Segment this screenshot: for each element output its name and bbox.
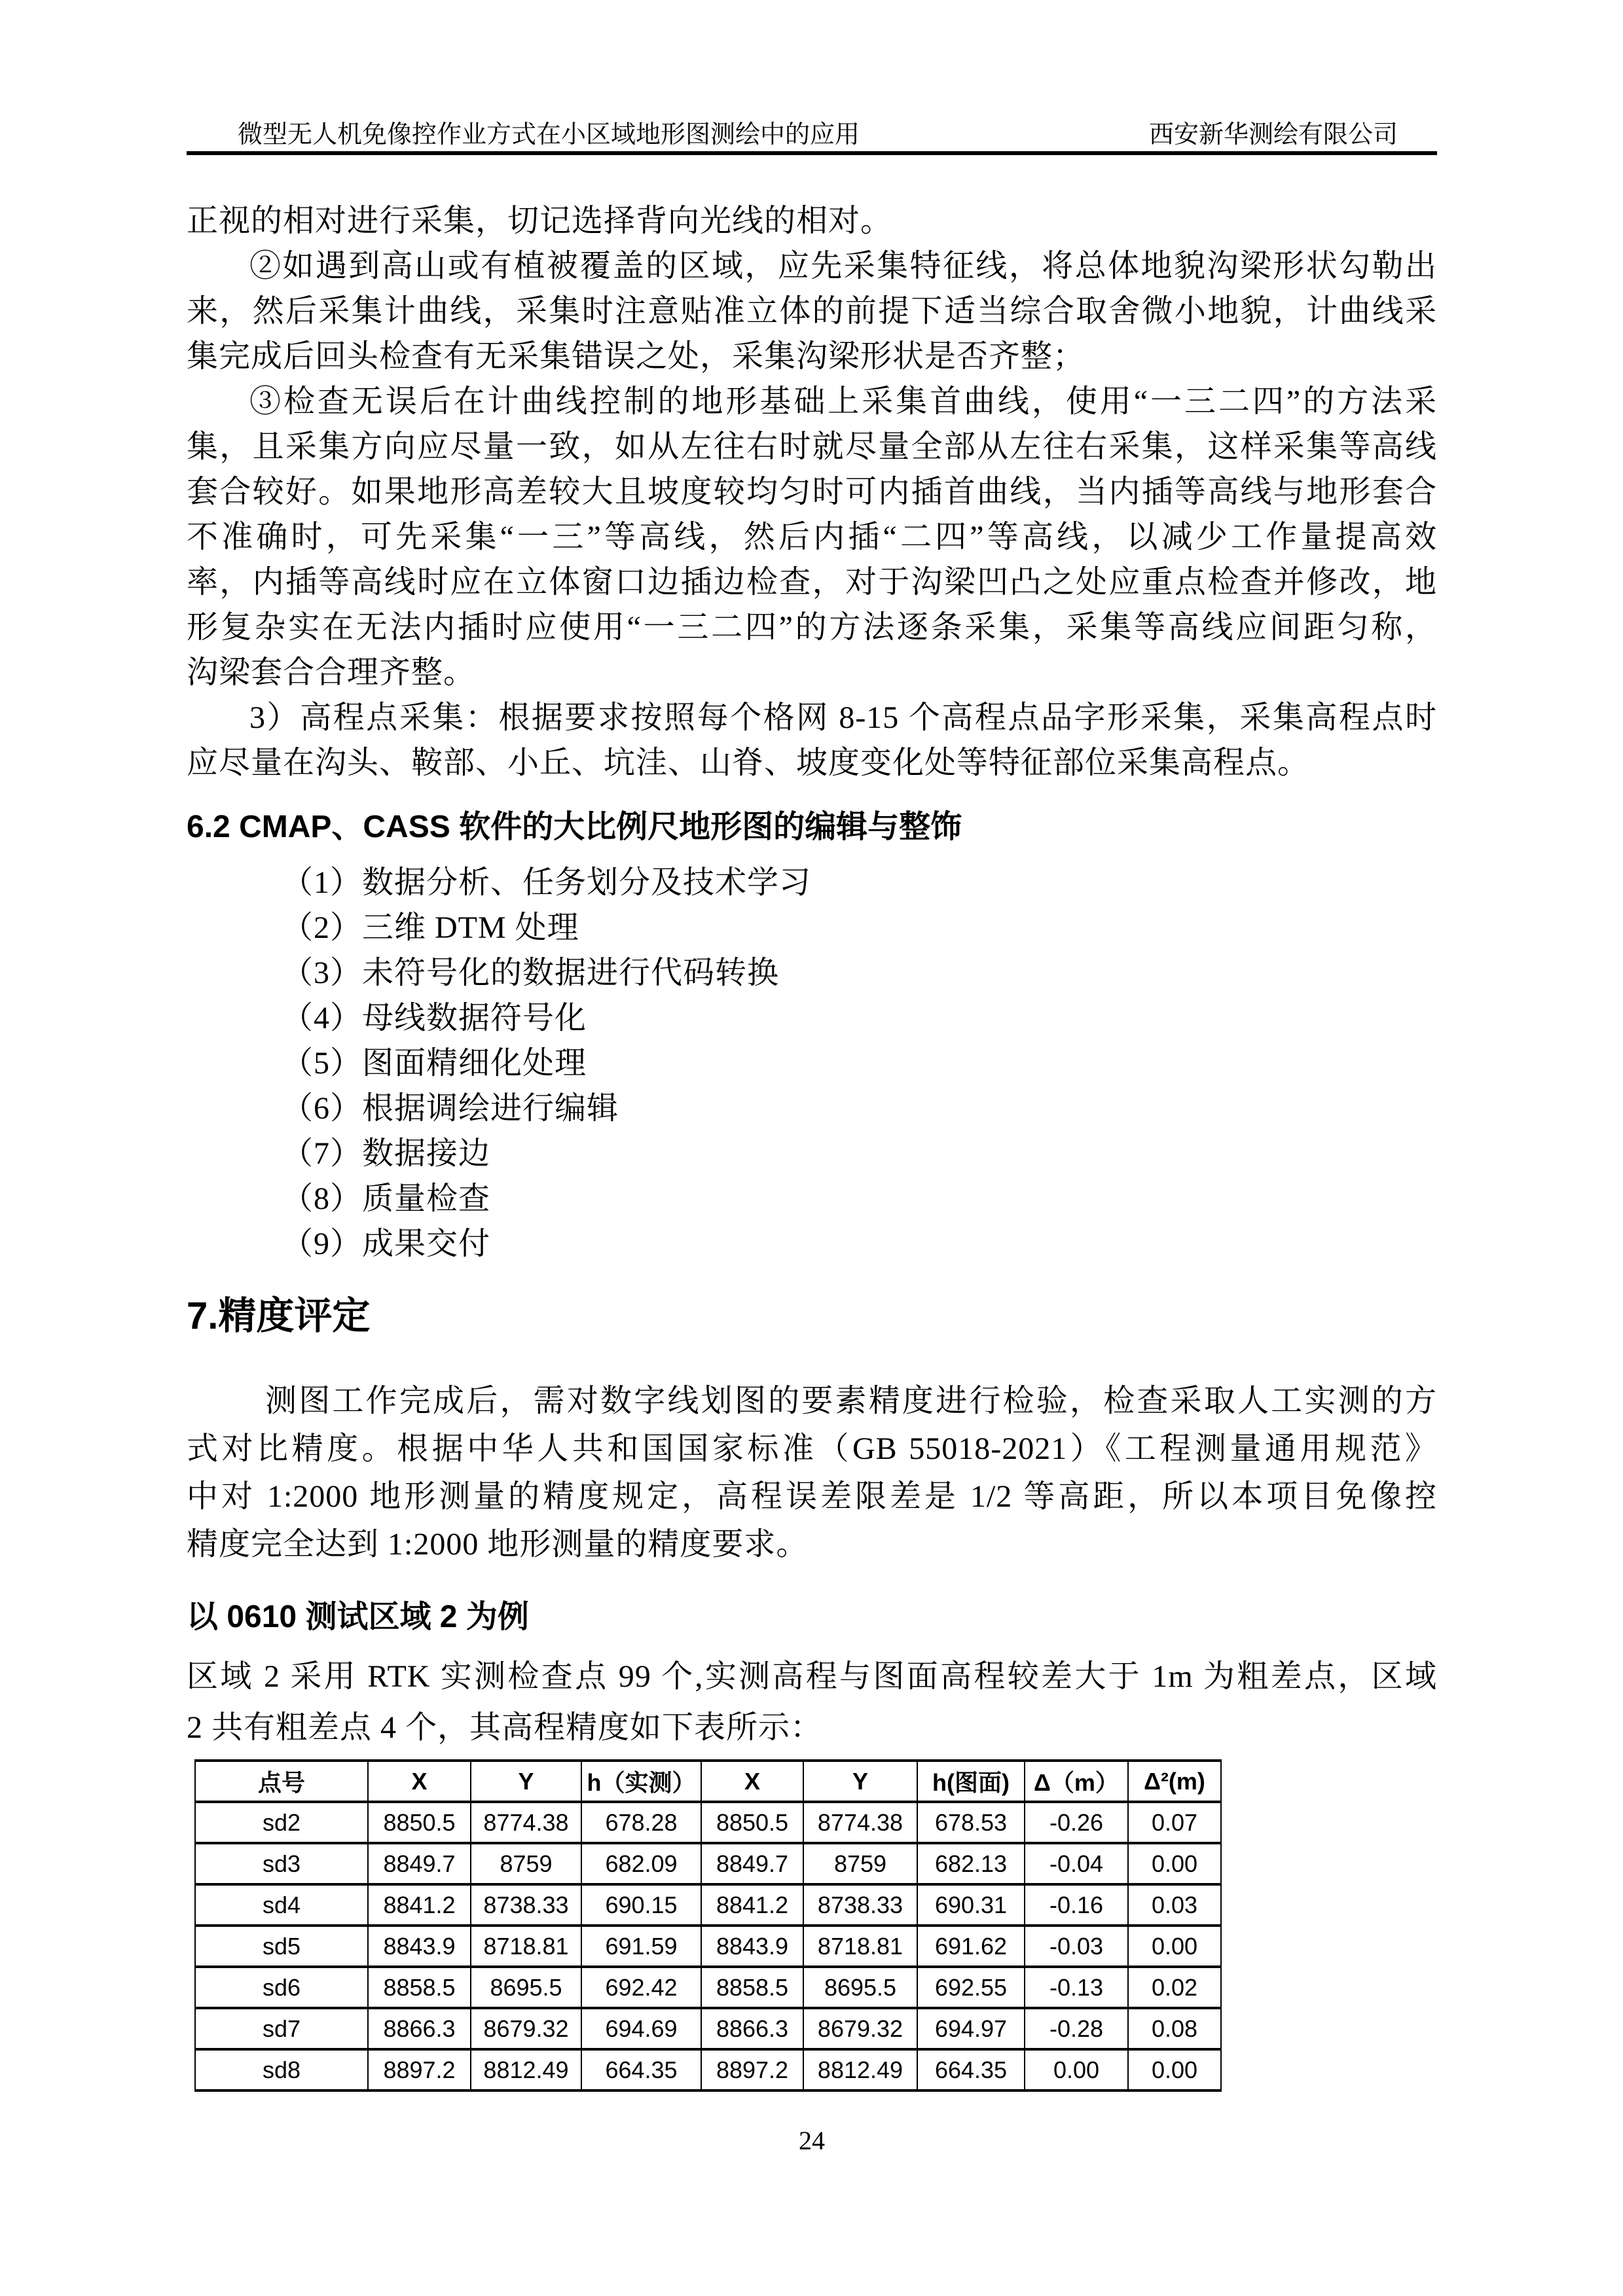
cell: 678.53 — [917, 1802, 1025, 1843]
table-row: sd58843.98718.81691.598843.98718.81691.6… — [195, 1926, 1221, 1967]
cell: 664.35 — [581, 2049, 701, 2090]
cell: sd7 — [195, 2008, 368, 2049]
workflow-step-list: （1）数据分析、任务划分及技术学习 （2）三维 DTM 处理 （3）未符号化的数… — [187, 860, 1437, 1266]
cell: 690.31 — [917, 1884, 1025, 1926]
text-line: ③检查无误后在计曲线控制的地形基础上采集首曲线，使用“一三二四”的方法采 — [187, 379, 1437, 424]
cell: sd8 — [195, 2049, 368, 2090]
text-line: 沟梁套合合理齐整。 — [187, 650, 1437, 695]
cell: 8858.5 — [368, 1967, 471, 2008]
table-row: sd68858.58695.5692.428858.58695.5692.55-… — [195, 1967, 1221, 2008]
section-heading-6-2: 6.2 CMAP、CASS 软件的大比例尺地形图的编辑与整饰 — [187, 808, 1437, 847]
table-row: sd28850.58774.38678.288850.58774.38678.5… — [195, 1802, 1221, 1843]
text-line: 测图工作完成后，需对数字线划图的要素精度进行检验，检查采取人工实测的方 — [187, 1377, 1437, 1425]
text-line: 应尽量在沟头、鞍部、小丘、坑洼、山脊、坡度变化处等特征部位采集高程点。 — [187, 740, 1437, 785]
text-line: 集，且采集方向应尽量一致，如从左往右时就尽量全部从左往右采集，这样采集等高线 — [187, 424, 1437, 469]
text-line: 中对 1:2000 地形测量的精度规定，高程误差限差是 1/2 等高距，所以本项… — [187, 1473, 1437, 1520]
cell: 8679.32 — [803, 2008, 917, 2049]
header-document-title: 微型无人机免像控作业方式在小区域地形图测绘中的应用 — [238, 121, 860, 149]
cell: 8812.49 — [471, 2049, 581, 2090]
cell: 8858.5 — [701, 1967, 803, 2008]
cell: -0.13 — [1025, 1967, 1128, 2008]
list-item: （2）三维 DTM 处理 — [187, 905, 1437, 950]
cell: 8695.5 — [803, 1967, 917, 2008]
cell: 694.97 — [917, 2008, 1025, 2049]
list-item: （8）质量检查 — [187, 1176, 1437, 1221]
cell: -0.26 — [1025, 1802, 1128, 1843]
cell: 8738.33 — [803, 1884, 917, 1926]
cell: 8866.3 — [701, 2008, 803, 2049]
cell: 8718.81 — [471, 1926, 581, 1967]
section-heading-7: 7.精度评定 — [187, 1293, 1437, 1339]
cell: 8738.33 — [471, 1884, 581, 1926]
col-header-y-map: Y — [803, 1761, 917, 1802]
cell: -0.04 — [1025, 1843, 1128, 1884]
col-header-x-measured: X — [368, 1761, 471, 1802]
cell: 8850.5 — [701, 1802, 803, 1843]
cell: 8849.7 — [368, 1843, 471, 1884]
list-item: （3）未符号化的数据进行代码转换 — [187, 950, 1437, 996]
cell: 8718.81 — [803, 1926, 917, 1967]
cell: 0.03 — [1128, 1884, 1221, 1926]
paragraph-region2-check: 区域 2 采用 RTK 实测检查点 99 个,实测高程与图面高程较差大于 1m … — [187, 1651, 1437, 1753]
list-item: （7）数据接边 — [187, 1131, 1437, 1176]
cell: 682.09 — [581, 1843, 701, 1884]
page-number: 24 — [187, 2126, 1437, 2156]
text-line: 3）高程点采集：根据要求按照每个格网 8-15 个高程点品字形采集，采集高程点时 — [187, 695, 1437, 740]
cell: 0.08 — [1128, 2008, 1221, 2049]
text-line: 精度完全达到 1:2000 地形测量的精度要求。 — [187, 1520, 1437, 1568]
cell: 8759 — [803, 1843, 917, 1884]
cell: 0.00 — [1128, 1926, 1221, 1967]
paragraph-contour-collection: 正视的相对进行采集，切记选择背向光线的相对。 ②如遇到高山或有植被覆盖的区域，应… — [187, 198, 1437, 785]
cell: 8866.3 — [368, 2008, 471, 2049]
cell: 691.62 — [917, 1926, 1025, 1967]
col-header-point-id: 点号 — [195, 1761, 368, 1802]
cell: 8679.32 — [471, 2008, 581, 2049]
subsection-heading-0610: 以 0610 测试区域 2 为例 — [187, 1598, 1437, 1637]
text-line: 来，然后采集计曲线，采集时注意贴准立体的前提下适当综合取舍微小地貌，计曲线采 — [187, 289, 1437, 334]
text-line: 2 共有粗差点 4 个，其高程精度如下表所示： — [187, 1702, 1437, 1753]
cell: sd2 — [195, 1802, 368, 1843]
page-header: 微型无人机免像控作业方式在小区域地形图测绘中的应用 西安新华测绘有限公司 — [187, 121, 1437, 155]
cell: -0.03 — [1025, 1926, 1128, 1967]
cell: 8841.2 — [368, 1884, 471, 1926]
paragraph-accuracy-assessment: 测图工作完成后，需对数字线划图的要素精度进行检验，检查采取人工实测的方 式对比精… — [187, 1377, 1437, 1568]
cell: 694.69 — [581, 2008, 701, 2049]
cell: 0.02 — [1128, 1967, 1221, 2008]
col-header-delta-squared: Δ²(m) — [1128, 1761, 1221, 1802]
list-item: （4）母线数据符号化 — [187, 996, 1437, 1041]
text-line: 套合较好。如果地形高差较大且坡度较均匀时可内插首曲线，当内插等高线与地形套合 — [187, 469, 1437, 514]
cell: 8843.9 — [701, 1926, 803, 1967]
cell: 8897.2 — [368, 2049, 471, 2090]
cell: -0.16 — [1025, 1884, 1128, 1926]
cell: 8849.7 — [701, 1843, 803, 1884]
cell: 8759 — [471, 1843, 581, 1884]
cell: sd3 — [195, 1843, 368, 1884]
col-header-x-map: X — [701, 1761, 803, 1802]
cell: 8774.38 — [803, 1802, 917, 1843]
table-row: sd78866.38679.32694.698866.38679.32694.9… — [195, 2008, 1221, 2049]
cell: 0.00 — [1128, 2049, 1221, 2090]
cell: 664.35 — [917, 2049, 1025, 2090]
cell: 678.28 — [581, 1802, 701, 1843]
cell: sd6 — [195, 1967, 368, 2008]
text-line: 不准确时，可先采集“一三”等高线，然后内插“二四”等高线，以减少工作量提高效 — [187, 514, 1437, 560]
list-item: （6）根据调绘进行编辑 — [187, 1086, 1437, 1131]
cell: -0.28 — [1025, 2008, 1128, 2049]
text-line: 集完成后回头检查有无采集错误之处，采集沟梁形状是否齐整； — [187, 334, 1437, 379]
cell: 692.42 — [581, 1967, 701, 2008]
text-line: 形复杂实在无法内插时应使用“一三二四”的方法逐条采集，采集等高线应间距匀称， — [187, 605, 1437, 650]
cell: 690.15 — [581, 1884, 701, 1926]
cell: sd4 — [195, 1884, 368, 1926]
cell: 691.59 — [581, 1926, 701, 1967]
cell: 0.07 — [1128, 1802, 1221, 1843]
table-header-row: 点号 X Y h（实测） X Y h(图面) Δ（m） Δ²(m) — [195, 1761, 1221, 1802]
document-page: 微型无人机免像控作业方式在小区域地形图测绘中的应用 西安新华测绘有限公司 正视的… — [0, 0, 1623, 2296]
text-line: ②如遇到高山或有植被覆盖的区域，应先采集特征线，将总体地貌沟梁形状勾勒出 — [187, 243, 1437, 289]
cell: 8774.38 — [471, 1802, 581, 1843]
cell: 0.00 — [1128, 1843, 1221, 1884]
cell: 8843.9 — [368, 1926, 471, 1967]
cell: 8695.5 — [471, 1967, 581, 2008]
table-row: sd88897.28812.49664.358897.28812.49664.3… — [195, 2049, 1221, 2090]
cell: 682.13 — [917, 1843, 1025, 1884]
list-item: （1）数据分析、任务划分及技术学习 — [187, 860, 1437, 905]
header-company-name: 西安新华测绘有限公司 — [1149, 121, 1398, 149]
cell: 692.55 — [917, 1967, 1025, 2008]
col-header-h-map: h(图面) — [917, 1761, 1025, 1802]
cell: 8897.2 — [701, 2049, 803, 2090]
table-row: sd48841.28738.33690.158841.28738.33690.3… — [195, 1884, 1221, 1926]
elevation-accuracy-table: 点号 X Y h（实测） X Y h(图面) Δ（m） Δ²(m) sd2885… — [194, 1759, 1222, 2092]
cell: 8812.49 — [803, 2049, 917, 2090]
cell: 8850.5 — [368, 1802, 471, 1843]
cell: sd5 — [195, 1926, 368, 1967]
text-line: 区域 2 采用 RTK 实测检查点 99 个,实测高程与图面高程较差大于 1m … — [187, 1651, 1437, 1702]
table-row: sd38849.78759682.098849.78759682.13-0.04… — [195, 1843, 1221, 1884]
cell: 8841.2 — [701, 1884, 803, 1926]
list-item: （5）图面精细化处理 — [187, 1041, 1437, 1086]
col-header-delta: Δ（m） — [1025, 1761, 1128, 1802]
text-line: 式对比精度。根据中华人共和国国家标准（GB 55018-2021）《工程测量通用… — [187, 1425, 1437, 1473]
list-item: （9）成果交付 — [187, 1221, 1437, 1266]
text-line: 率，内插等高线时应在立体窗口边插边检查，对于沟梁凹凸之处应重点检查并修改，地 — [187, 560, 1437, 605]
col-header-y-measured: Y — [471, 1761, 581, 1802]
cell: 0.00 — [1025, 2049, 1128, 2090]
text-line: 正视的相对进行采集，切记选择背向光线的相对。 — [187, 198, 1437, 243]
col-header-h-measured: h（实测） — [581, 1761, 701, 1802]
